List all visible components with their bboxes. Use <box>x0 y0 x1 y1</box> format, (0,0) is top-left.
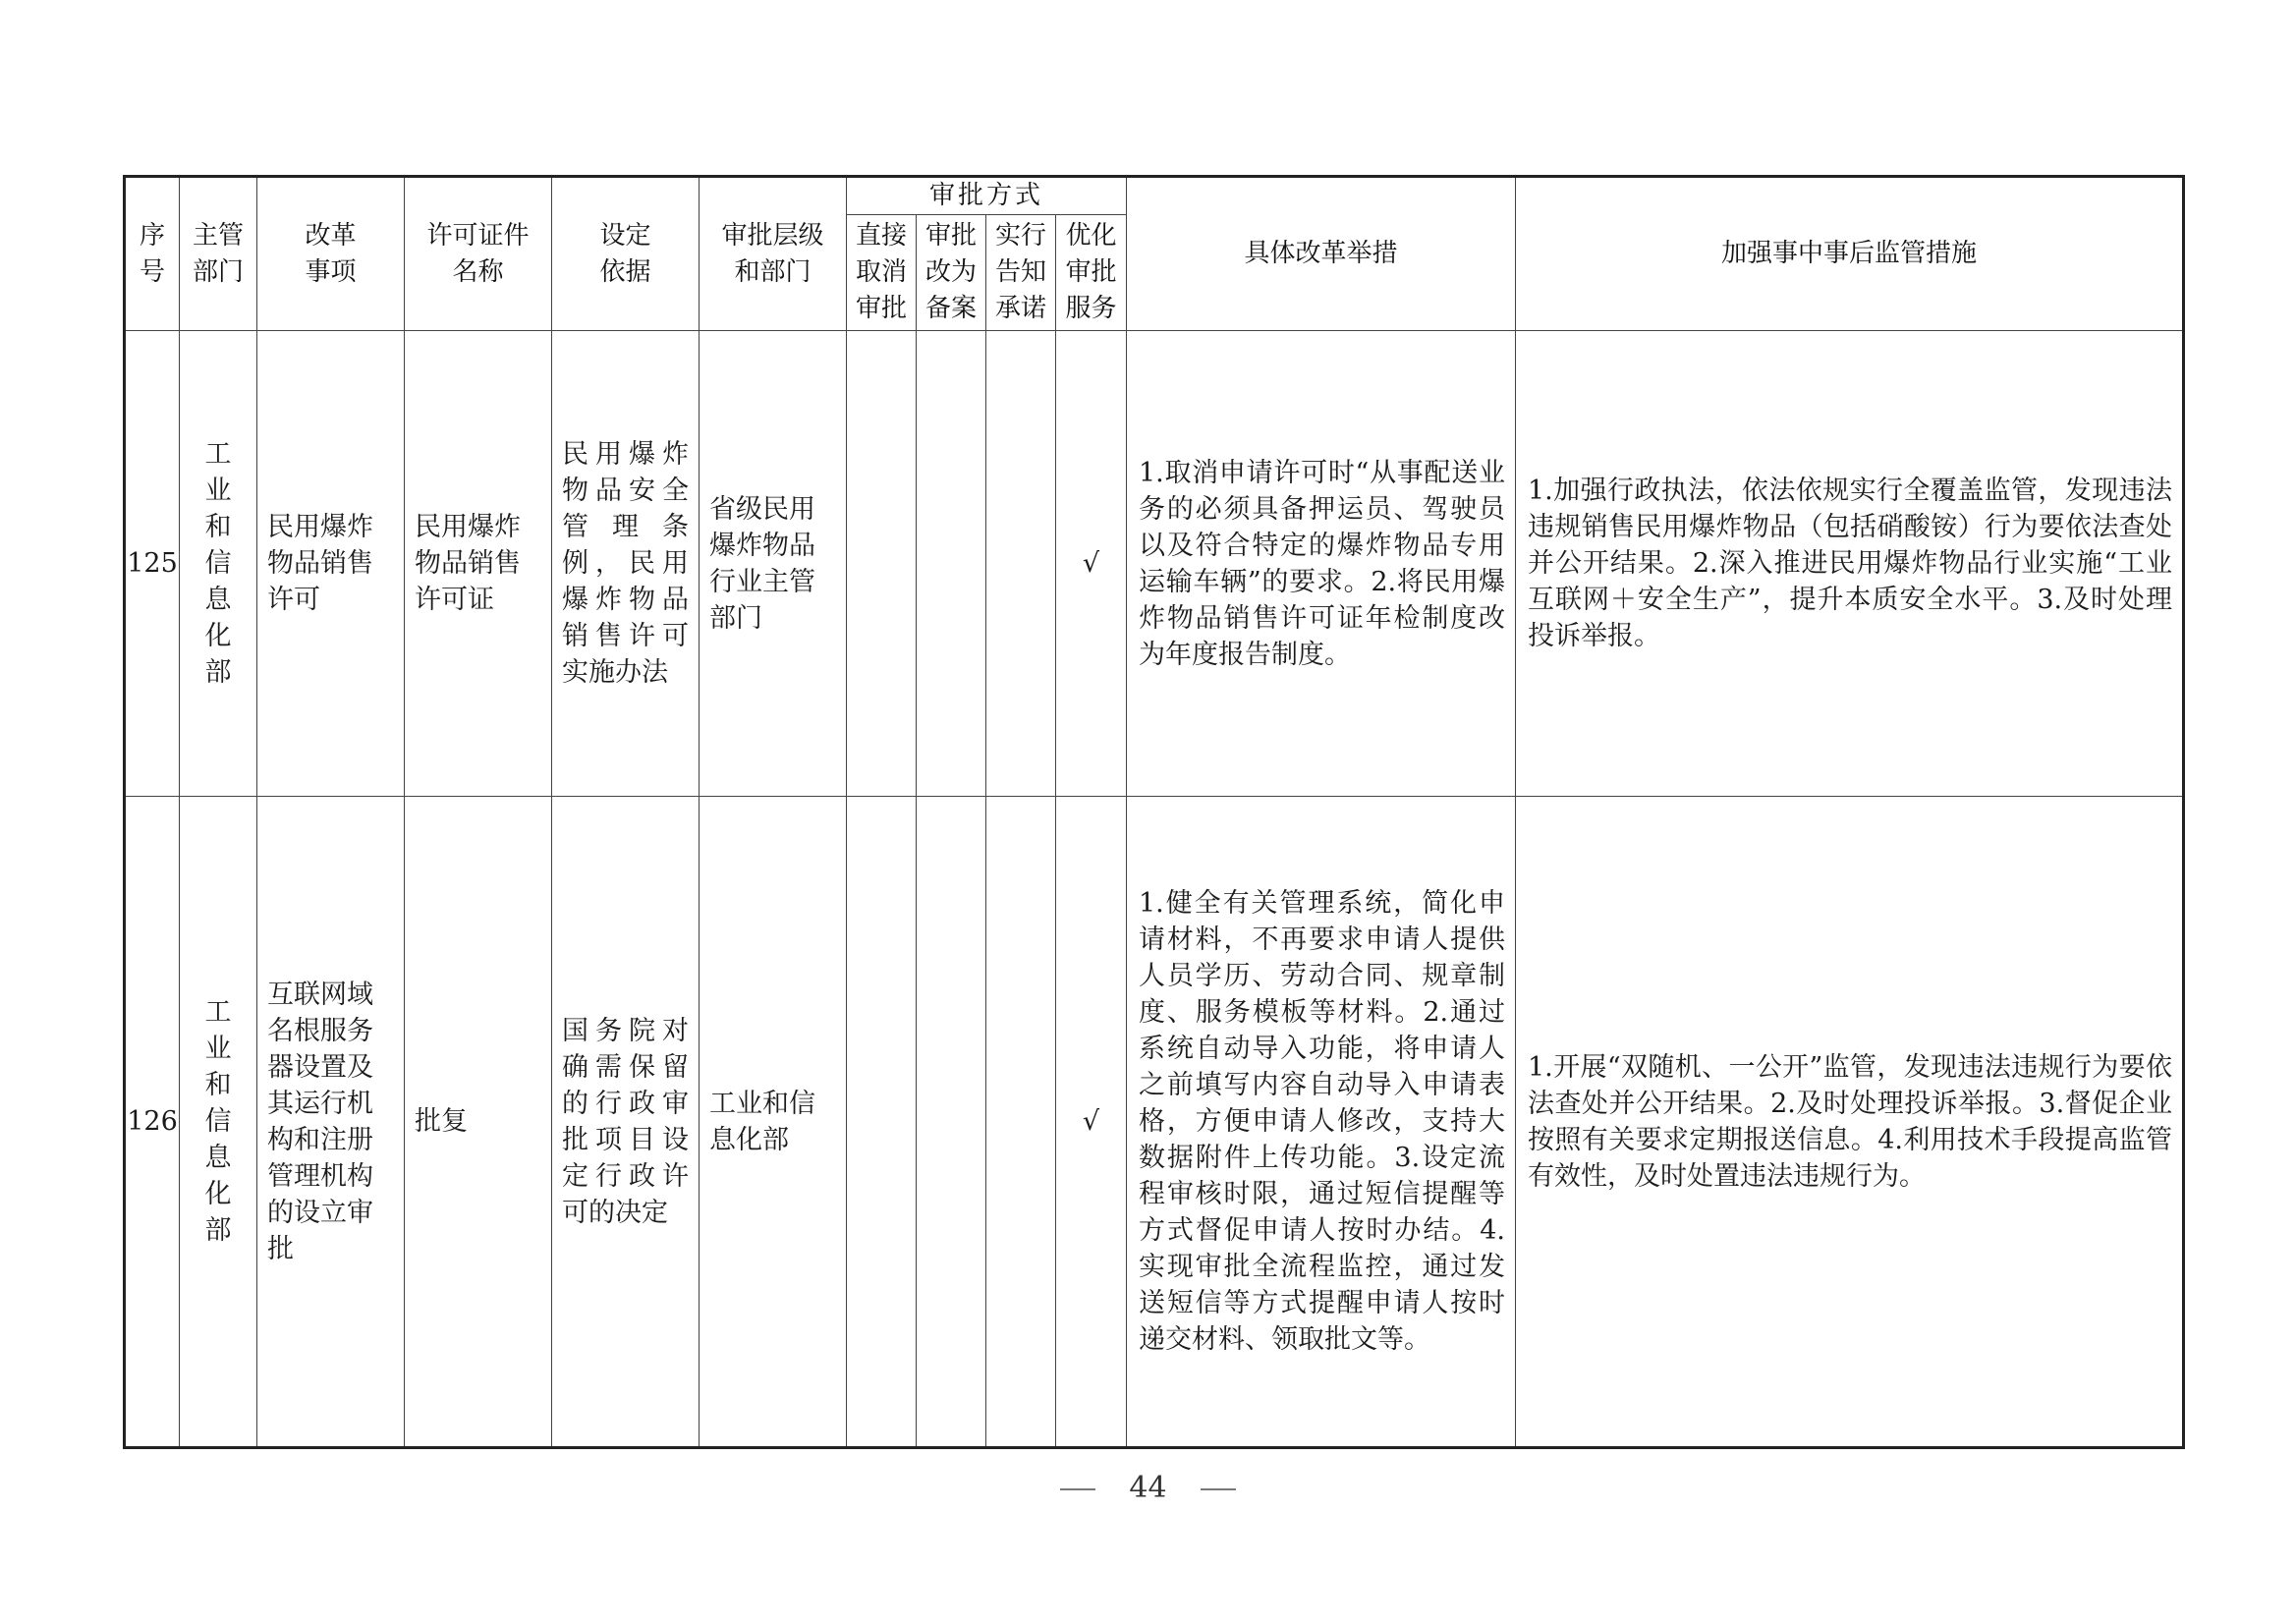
row-method-optimize-checkmark: √ <box>1056 331 1127 797</box>
header-basis: 设定依据 <box>552 177 700 331</box>
row-supervision: 1.开展“双随机、一公开”监管，发现违法违规行为要依法查处并公开结果。2.及时处… <box>1516 797 2184 1448</box>
row-seq: 126 <box>125 797 180 1448</box>
row-method-cancel <box>847 331 917 797</box>
row-dept: 工业和信息化部 <box>180 797 257 1448</box>
header-item: 改革事项 <box>257 177 405 331</box>
row-method-optimize-checkmark: √ <box>1056 797 1127 1448</box>
header-measures: 具体改革举措 <box>1127 177 1516 331</box>
footer-dash-left <box>1060 1488 1095 1490</box>
row-method-filing <box>917 797 986 1448</box>
table-row: 125 工业和信息化部 民用爆炸物品销售许可 民用爆炸物品销售许可证 民用爆炸物… <box>125 331 2184 797</box>
page-footer: 44 <box>0 1471 2296 1505</box>
footer-dash-right <box>1201 1488 1236 1490</box>
row-measures: 1.健全有关管理系统，简化申请材料，不再要求申请人提供人员学历、劳动合同、规章制… <box>1127 797 1516 1448</box>
row-method-cancel <box>847 797 917 1448</box>
header-seq: 序号 <box>125 177 180 331</box>
row-license: 批复 <box>405 797 552 1448</box>
header-method-cancel: 直接取消审批 <box>847 215 917 331</box>
header-method-filing: 审批改为备案 <box>917 215 986 331</box>
row-method-filing <box>917 331 986 797</box>
row-item: 民用爆炸物品销售许可 <box>257 331 405 797</box>
row-level: 工业和信息化部 <box>700 797 847 1448</box>
header-level: 审批层级和部门 <box>700 177 847 331</box>
header-dept: 主管部门 <box>180 177 257 331</box>
reform-measures-table: 序号 主管部门 改革事项 许可证件名称 设定依据 审批层级和部门 审批方式 具体… <box>123 175 2185 1449</box>
page-number: 44 <box>1129 1471 1166 1505</box>
header-method-optimize: 优化审批服务 <box>1056 215 1127 331</box>
row-seq: 125 <box>125 331 180 797</box>
row-basis: 民用爆炸物品安全管理条例，民用爆炸物品销售许可实施办法 <box>552 331 700 797</box>
header-license: 许可证件名称 <box>405 177 552 331</box>
row-basis: 国务院对确需保留的行政审批项目设定行政许可的决定 <box>552 797 700 1448</box>
row-method-commitment <box>986 331 1056 797</box>
row-dept: 工业和信息化部 <box>180 331 257 797</box>
header-supervision: 加强事中事后监管措施 <box>1516 177 2184 331</box>
row-item: 互联网域名根服务器设置及其运行机构和注册管理机构的设立审批 <box>257 797 405 1448</box>
row-measures: 1.取消申请许可时“从事配送业务的必须具备押运员、驾驶员以及符合特定的爆炸物品专… <box>1127 331 1516 797</box>
row-level: 省级民用爆炸物品行业主管部门 <box>700 331 847 797</box>
header-method-commitment: 实行告知承诺 <box>986 215 1056 331</box>
row-supervision: 1.加强行政执法，依法依规实行全覆盖监管，发现违法违规销售民用爆炸物品（包括硝酸… <box>1516 331 2184 797</box>
row-method-commitment <box>986 797 1056 1448</box>
table-row: 126 工业和信息化部 互联网域名根服务器设置及其运行机构和注册管理机构的设立审… <box>125 797 2184 1448</box>
row-license: 民用爆炸物品销售许可证 <box>405 331 552 797</box>
header-method-group: 审批方式 <box>847 177 1127 215</box>
